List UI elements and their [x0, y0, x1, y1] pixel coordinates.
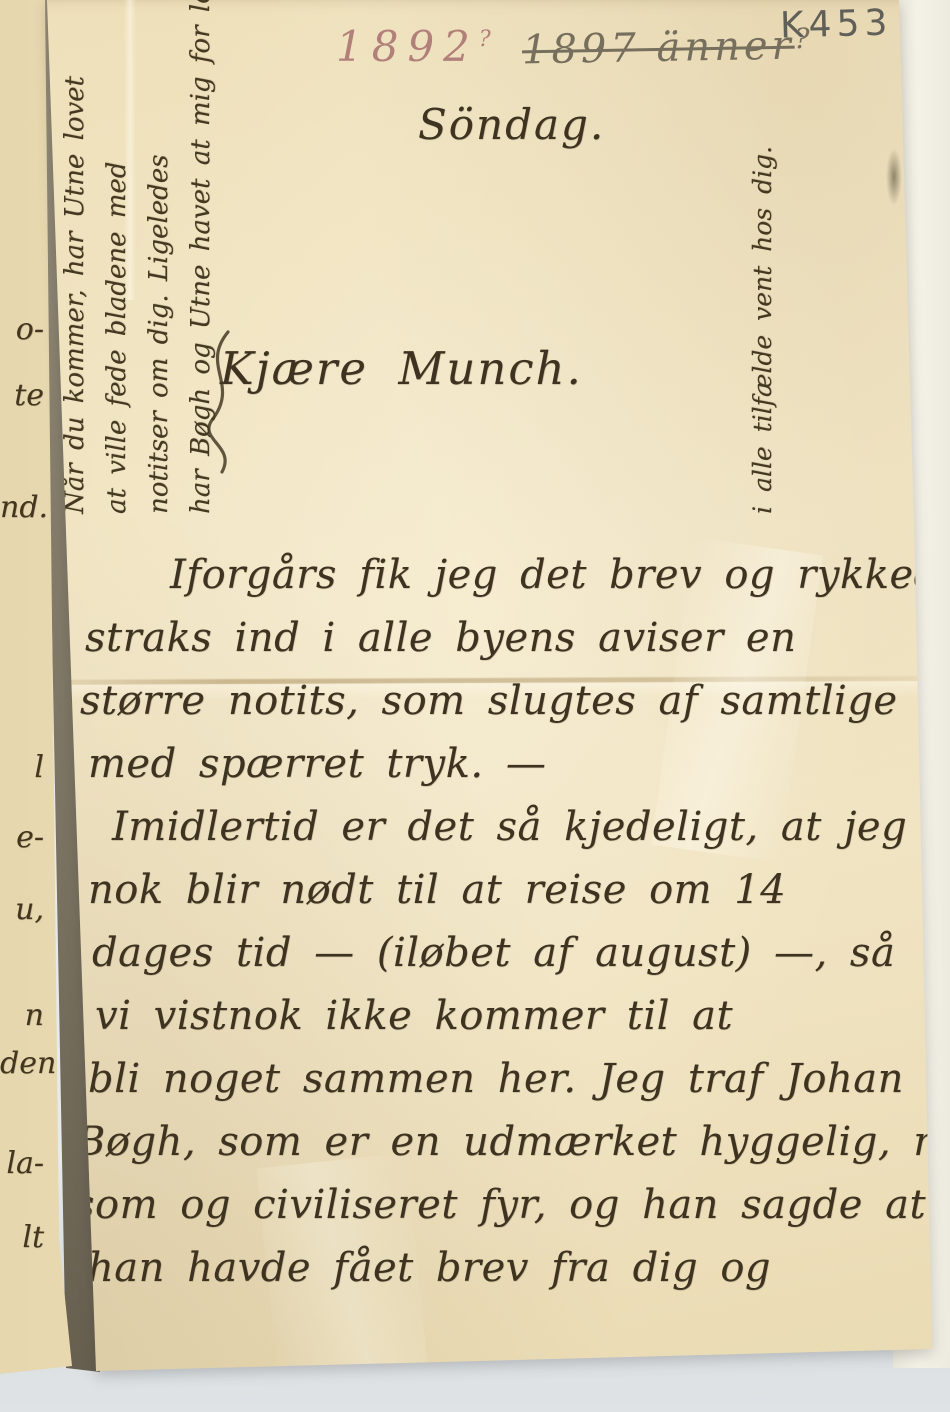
body-line: Imidlertid er det så kjedeligt, at jeg	[112, 804, 890, 867]
margin-note-line: Når du kommer, har Utne lovet	[60, 0, 102, 514]
margin-note-line: notitser om dig. Ligeledes	[144, 0, 186, 514]
date-annotations: 1892? 1897 änner?	[336, 22, 809, 71]
date-guess-question-mark: ?	[479, 27, 491, 52]
margin-note-left: Når du kommer, har Utne lovet at ville f…	[60, 0, 228, 514]
body-line: nok blir nødt til at reise om 14	[88, 867, 890, 930]
body-line: vi vistnok ikke kommer til at	[95, 993, 890, 1056]
date-guess: 1892?	[336, 22, 491, 71]
body-line: Bøgh, som er en udmærket hyggelig, mor	[76, 1119, 890, 1182]
ink-smudge	[886, 148, 902, 206]
body-line: større notits, som slugtes af samtlige	[80, 678, 890, 741]
letter-sheet: K453 1892? 1897 änner? Söndag. Kjære Mun…	[0, 0, 950, 1412]
margin-note-line: har Bøgh og Utne havet at mig for lojist…	[186, 0, 228, 514]
margin-note-right: i alle tilfælde vent hos dig.	[748, 128, 777, 514]
letter-sheet-wrap: K453 1892? 1897 änner? Söndag. Kjære Mun…	[0, 0, 950, 1412]
letter-salutation: Kjære Munch.	[220, 342, 583, 395]
body-line: som og civiliseret fyr, og han sagde at	[74, 1182, 890, 1245]
body-line: dages tid — (iløbet af august) —, så	[92, 930, 890, 993]
letter-body: Iforgårs fik jeg det brev og rykkede str…	[0, 552, 890, 1308]
body-line: straks ind i alle byens aviser en	[85, 615, 890, 678]
body-line: med spærret tryk. —	[88, 741, 890, 804]
date-guess-value: 1892	[336, 22, 479, 71]
letter-heading: Söndag.	[418, 100, 605, 149]
body-line: Iforgårs fik jeg det brev og rykkede	[170, 552, 890, 615]
scanned-letter-page: o- te nd. l e- u, n den la- lt K453 1892…	[0, 0, 950, 1412]
body-line: han havde fået brev fra dig og	[88, 1245, 890, 1308]
date-struck-question-mark: ?	[794, 22, 809, 55]
margin-note-line: at ville fede bladene med	[102, 0, 144, 514]
body-line: bli noget sammen her. Jeg traf Johan	[88, 1056, 890, 1119]
date-struck-out: 1897 änner	[521, 23, 794, 74]
